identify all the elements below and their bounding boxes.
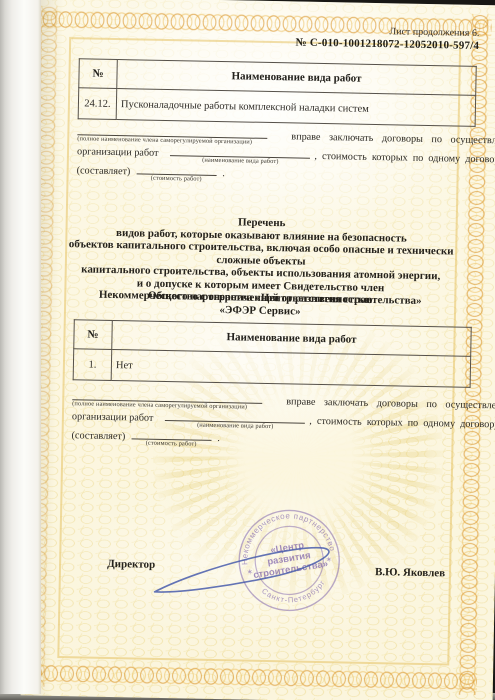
work-code-cell: 1.: [73, 349, 112, 381]
clause-text: .: [222, 168, 225, 179]
blank-work-type: (наименование вида работ): [170, 146, 310, 159]
work-name-cell: Пусконаладочные работы комплексной налад…: [116, 89, 476, 127]
clause-text: (составляет): [77, 165, 131, 177]
clause-text: организации работ: [72, 411, 154, 424]
page-content: Лист продолжения 6. № С-010-1001218072-1…: [21, 0, 495, 700]
clause-text: (составляет): [71, 430, 125, 442]
director-name: В.Ю. Яковлев: [375, 566, 445, 579]
certificate-number: № С-010-1001218072-12052010-597/4: [295, 36, 479, 53]
page-binding-edge: [0, 0, 41, 694]
column-header-number: №: [79, 59, 118, 89]
clause-text: организации работ: [77, 146, 159, 159]
blank-org-name: (полное наименование члена саморегулируе…: [72, 390, 262, 404]
works-table-1: № Наименование вида работ 24.12. Пускона…: [78, 58, 477, 127]
works-table-2: № Наименование вида работ 1. Нет: [73, 319, 472, 388]
clause-text: вправе заключать договоры по осуществлен…: [291, 131, 495, 146]
clause-text: , стоимость которых по одному договору н…: [314, 151, 495, 167]
blank-caption: (наименование вида работ): [197, 422, 273, 430]
clause-line: организации работ(наименование вида рабо…: [77, 144, 475, 163]
clause-text: , стоимость которых по одному договору н…: [309, 416, 495, 432]
blank-work-cost: (стоимость работ): [136, 164, 216, 176]
clause-line: (составляет)(стоимость работ).: [77, 163, 475, 182]
column-header-number: №: [74, 320, 113, 350]
blank-caption: (стоимость работ): [151, 175, 202, 183]
blank-caption: (стоимость работ): [146, 440, 197, 448]
clause-block-1: (полное наименование члена саморегулируе…: [76, 125, 475, 190]
page-header: Лист продолжения 6. № С-010-1001218072-1…: [295, 23, 479, 53]
blank-work-type: (наименование вида работ): [165, 411, 305, 424]
director-signature: [144, 534, 350, 610]
clause-line: (составляет)(стоимость работ).: [72, 428, 470, 447]
scanned-document: Лист продолжения 6. № С-010-1001218072-1…: [0, 0, 495, 700]
clause-line: (полное наименование члена саморегулируе…: [77, 125, 475, 144]
work-code-cell: 24.12.: [78, 88, 117, 120]
clause-line: (полное наименование члена саморегулируе…: [72, 390, 470, 409]
certificate-page: Лист продолжения 6. № С-010-1001218072-1…: [21, 0, 495, 700]
work-name-cell: Нет: [111, 349, 471, 387]
director-title-label: Директор: [107, 558, 155, 571]
blank-work-cost: (стоимость работ): [131, 429, 211, 441]
clause-text: вправе заключать договоры по осуществлен…: [286, 396, 495, 411]
blank-org-name: (полное наименование члена саморегулируе…: [77, 125, 267, 139]
table-row: 1. Нет: [73, 349, 471, 388]
clause-text: .: [217, 433, 220, 444]
clause-line: организации работ(наименование вида рабо…: [72, 409, 470, 428]
table-row: 24.12. Пусконаладочные работы комплексно…: [78, 88, 476, 127]
blank-caption: (наименование вида работ): [202, 157, 278, 165]
clause-block-2: (полное наименование члена саморегулируе…: [71, 390, 470, 455]
